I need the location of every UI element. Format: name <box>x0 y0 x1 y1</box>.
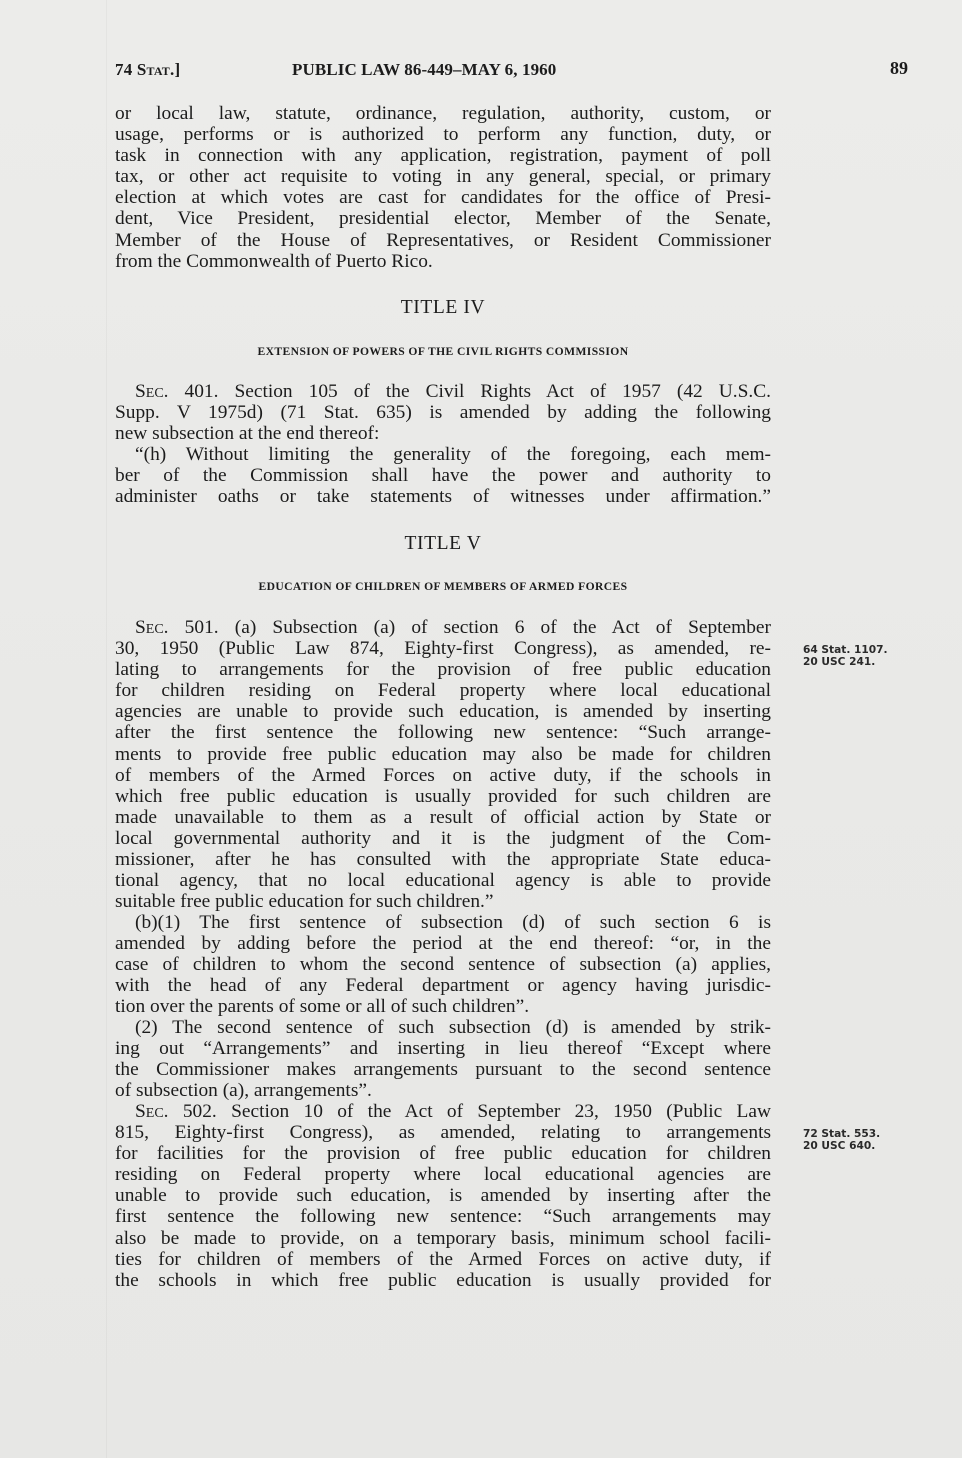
page-crease <box>106 0 107 1458</box>
stat-label: Stat. <box>137 60 175 79</box>
volume-number: 74 <box>115 60 132 79</box>
text-line: (b)(1) The first sentence of subsection … <box>115 912 771 933</box>
sec-label: Sec. <box>135 381 169 402</box>
text-line: Sec. 502. Section 10 of the Act of Septe… <box>115 1101 771 1122</box>
text-line: 815, Eighty-first Congress), as amended,… <box>115 1122 771 1143</box>
margin-citation-usc: 20 USC 241. <box>803 656 888 668</box>
text-line: task in connection with any application,… <box>115 145 771 166</box>
section-502: Sec. 502. Section 10 of the Act of Septe… <box>115 1101 771 1291</box>
text-line: tax, or other act requisite to voting in… <box>115 166 771 187</box>
text-line: missioner, after he has consulted with t… <box>115 849 771 870</box>
text-line: the schools in which free public educati… <box>115 1270 771 1291</box>
sec-label: Sec. <box>135 617 169 638</box>
title-iv-heading: TITLE IV <box>115 297 771 319</box>
margin-citation-sec-502: 72 Stat. 553. 20 USC 640. <box>803 1128 880 1152</box>
section-401: Sec. 401. Section 105 of the Civil Right… <box>115 381 771 444</box>
text-line: unable to provide such education, is ame… <box>115 1185 771 1206</box>
text-line: tion over the parents of some or all of … <box>115 996 771 1017</box>
text-line: new subsection at the end thereof: <box>115 423 771 444</box>
title-v-subheading: EDUCATION OF CHILDREN OF MEMBERS OF ARME… <box>115 580 771 593</box>
section-501-b1: (b)(1) The first sentence of subsection … <box>115 912 771 1017</box>
text-line: which free public education is usually p… <box>115 786 771 807</box>
text-line: 30, 1950 (Public Law 874, Eighty-first C… <box>115 638 771 659</box>
text-line: lating to arrangements for the provision… <box>115 659 771 680</box>
text-line: case of children to whom the second sent… <box>115 954 771 975</box>
margin-citation-usc: 20 USC 640. <box>803 1140 880 1152</box>
text-line: usage, performs or is authorized to perf… <box>115 124 771 145</box>
text-line: from the Commonwealth of Puerto Rico. <box>115 251 771 272</box>
text-line: suitable free public education for such … <box>115 891 771 912</box>
text-line: of members of the Armed Forces on active… <box>115 765 771 786</box>
margin-citation-stat: 72 Stat. 553. <box>803 1128 880 1140</box>
text-line: Supp. V 1975d) (71 Stat. 635) is amended… <box>115 402 771 423</box>
text-line: or local law, statute, ordinance, regula… <box>115 103 771 124</box>
text-line: ties for children of members of the Arme… <box>115 1249 771 1270</box>
continuation-paragraph: or local law, statute, ordinance, regula… <box>115 103 771 272</box>
text-line: first sentence the following new sentenc… <box>115 1206 771 1227</box>
text-line: tional agency, that no local educational… <box>115 870 771 891</box>
text-line: residing on Federal property where local… <box>115 1164 771 1185</box>
text-line: made unavailable to them as a result of … <box>115 807 771 828</box>
volume-citation: 74 Stat.] <box>115 60 180 80</box>
running-head: 74 Stat.] PUBLIC LAW 86-449–MAY 6, 1960 … <box>115 58 920 82</box>
text-line: dent, Vice President, presidential elect… <box>115 208 771 229</box>
bracket: ] <box>174 60 180 79</box>
law-title: PUBLIC LAW 86-449–MAY 6, 1960 <box>292 60 556 80</box>
sec-label: Sec. <box>135 1101 169 1122</box>
text-line: Sec. 401. Section 105 of the Civil Right… <box>115 381 771 402</box>
section-501-a: Sec. 501. (a) Subsection (a) of section … <box>115 617 771 912</box>
text-line: election at which votes are cast for can… <box>115 187 771 208</box>
text-line: ing out “Arrangements” and inserting in … <box>115 1038 771 1059</box>
page-number: 89 <box>890 58 908 79</box>
margin-citation-stat: 64 Stat. 1107. <box>803 644 888 656</box>
text-line: Sec. 501. (a) Subsection (a) of section … <box>115 617 771 638</box>
text-line: with the head of any Federal department … <box>115 975 771 996</box>
text-line: local governmental authority and it is t… <box>115 828 771 849</box>
text-line: (2) The second sentence of such subsecti… <box>115 1017 771 1038</box>
text-line: ber of the Commission shall have the pow… <box>115 465 771 486</box>
text-fragment: 501. (a) Subsection (a) of section 6 of … <box>169 617 771 638</box>
text-line: ments to provide free public education m… <box>115 744 771 765</box>
text-line: Member of the House of Representatives, … <box>115 230 771 251</box>
title-v-heading: TITLE V <box>115 533 771 555</box>
text-line: after the first sentence the following n… <box>115 722 771 743</box>
margin-citation-sec-501: 64 Stat. 1107. 20 USC 241. <box>803 644 888 668</box>
text-line: for facilities for the provision of free… <box>115 1143 771 1164</box>
text-fragment: 502. Section 10 of the Act of September … <box>169 1101 771 1122</box>
statute-page: 74 Stat.] PUBLIC LAW 86-449–MAY 6, 1960 … <box>0 0 962 1458</box>
title-iv-subheading: EXTENSION OF POWERS OF THE CIVIL RIGHTS … <box>115 345 771 358</box>
text-line: of subsection (a), arrangements”. <box>115 1080 771 1101</box>
text-line: for children residing on Federal propert… <box>115 680 771 701</box>
text-line: amended by adding before the period at t… <box>115 933 771 954</box>
subsection-h: “(h) Without limiting the generality of … <box>115 444 771 507</box>
text-line: agencies are unable to provide such educ… <box>115 701 771 722</box>
text-line: also be made to provide, on a temporary … <box>115 1228 771 1249</box>
text-fragment: 401. Section 105 of the Civil Rights Act… <box>169 381 771 402</box>
text-line: the Commissioner makes arrangements purs… <box>115 1059 771 1080</box>
text-line: “(h) Without limiting the generality of … <box>115 444 771 465</box>
section-501-b2: (2) The second sentence of such subsecti… <box>115 1017 771 1101</box>
text-line: administer oaths or take statements of w… <box>115 486 771 507</box>
